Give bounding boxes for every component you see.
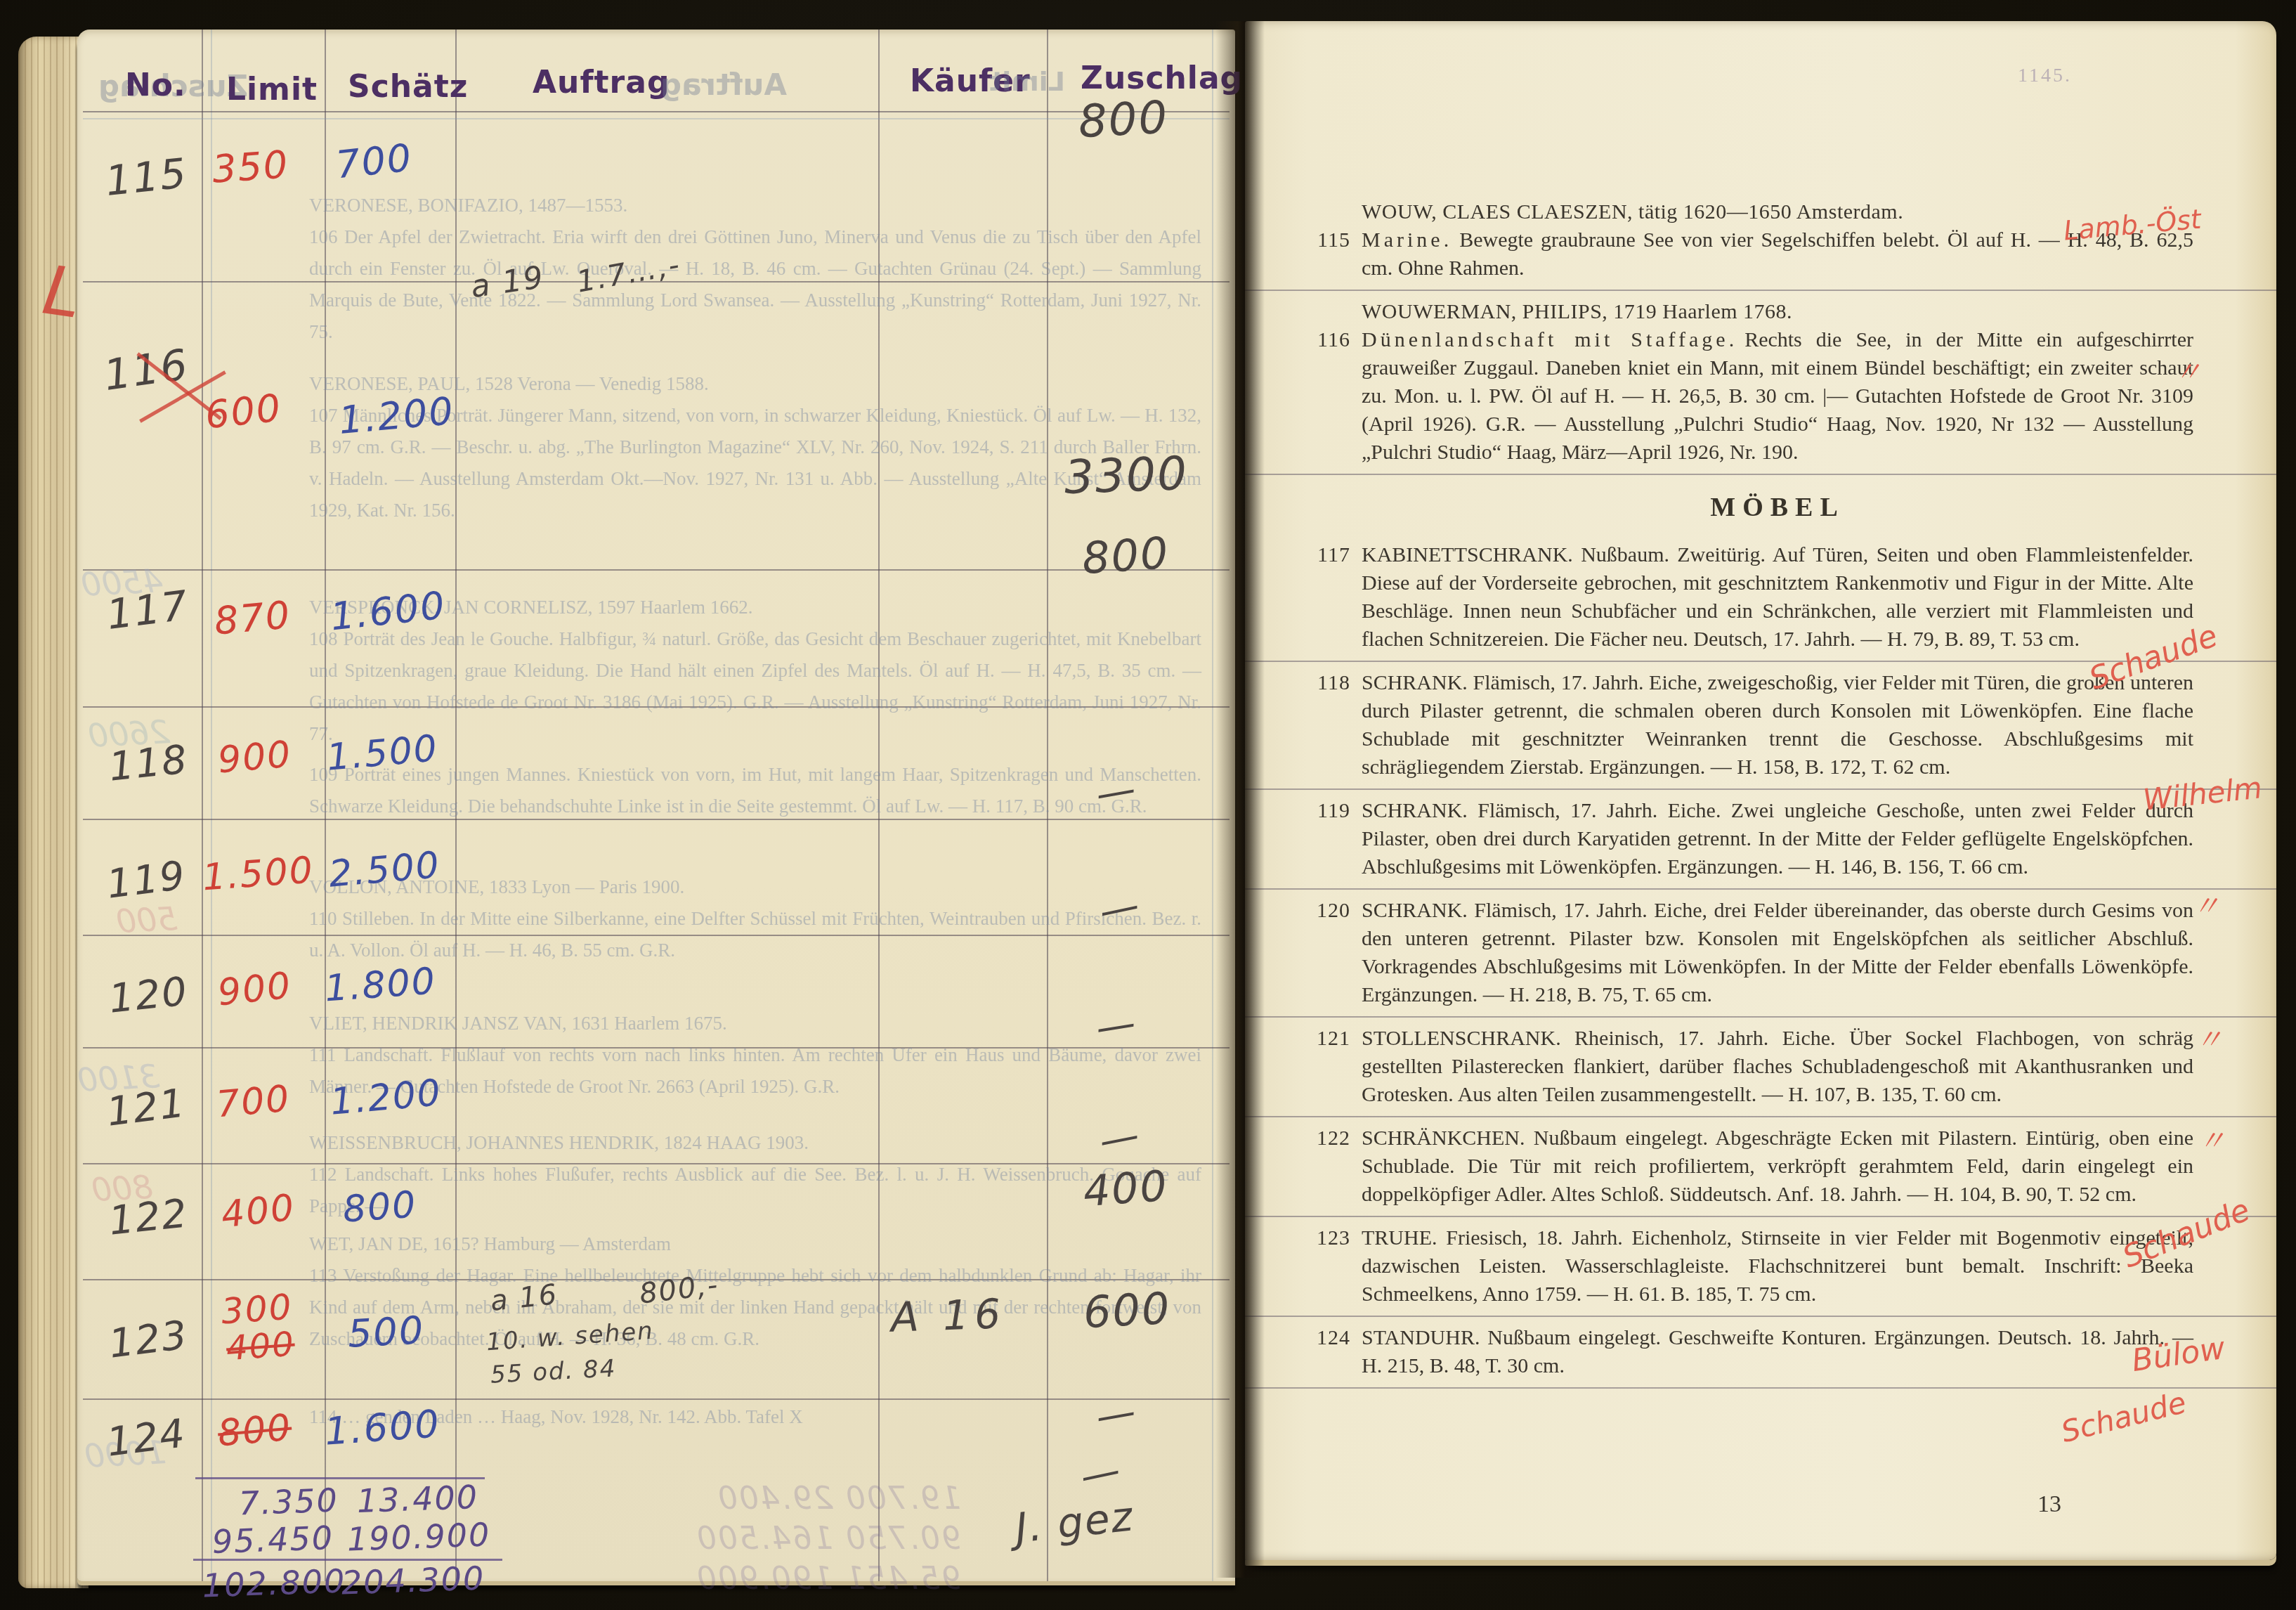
limit-119: 1.500 xyxy=(201,850,315,900)
ledger-vline-faint xyxy=(1212,30,1213,1581)
zuschlag-121-dash: — xyxy=(1095,1112,1144,1164)
totals-limit-sum: 102.800 xyxy=(202,1562,346,1604)
catalog-entry-120: 120 SCHRANK. Flämisch, 17. Jahrh. Eiche,… xyxy=(1298,897,2193,1009)
column-header-no: No. xyxy=(125,67,186,103)
catalog-lot-number: 123 xyxy=(1298,1224,1350,1252)
zuschlag-122: 400 xyxy=(1082,1162,1170,1216)
margin-annotation-120: 〃 xyxy=(2195,1018,2223,1058)
catalog-lot-number: 115 xyxy=(1298,226,1350,254)
limit-116: 600 xyxy=(203,385,284,437)
lot-no-117: 117 xyxy=(104,581,191,639)
column-header-auftrag: Auftrag xyxy=(533,65,670,100)
ledger-hline xyxy=(83,569,1229,571)
zuschlag-123: 600 xyxy=(1082,1283,1172,1338)
schaetz-124: 1.600 xyxy=(323,1401,442,1453)
totals-schaetz-1: 13.400 xyxy=(356,1478,479,1520)
bleedthrough-text: VERONESE, BONIFAZIO, 1487—1553. 106 Der … xyxy=(309,190,1201,348)
lot-no-118: 118 xyxy=(107,736,190,790)
lot-no-123: 123 xyxy=(106,1312,190,1367)
limit-122: 400 xyxy=(219,1187,297,1237)
page-number: 13 xyxy=(2037,1491,2061,1518)
limit-120: 900 xyxy=(216,965,294,1015)
catalog-entry-115: 115 Marine.Bewegte graubraune See von vi… xyxy=(1298,226,2193,283)
margin-annotation-116: 〃 xyxy=(2174,350,2202,390)
totals-schaetz-2: 190.900 xyxy=(346,1515,491,1558)
catalog-entry-119: 119 SCHRANK. Flämisch, 17. Jahrh. Eiche.… xyxy=(1298,797,2193,881)
ledger-page: Zuschlag No. Limit Schätz Auftrag Auftra… xyxy=(77,30,1235,1581)
lot-no-116: 116 xyxy=(101,340,192,401)
zuschlag-extra-dash: — xyxy=(1076,1447,1126,1500)
lot-description: SCHRANK. Flämisch, 17. Jahrh. Eiche, dre… xyxy=(1362,897,2193,1009)
lot-description: TRUHE. Friesisch, 18. Jahrh. Eichenholz,… xyxy=(1362,1224,2193,1309)
ledger-hline xyxy=(83,111,1229,112)
margin-annotation-119: 〃 xyxy=(2192,884,2220,924)
column-header-limit: Limit xyxy=(226,72,318,108)
book-gutter xyxy=(1215,21,1265,1578)
schaetz-120: 1.800 xyxy=(323,961,438,1011)
zuschlag-124-dash: — xyxy=(1092,1388,1140,1440)
bleedthrough-text: WEISSENBRUCH, JOHANNES HENDRIK, 1824 HAA… xyxy=(309,1127,1201,1222)
catalog-entry-116: 116 Dünenlandschaft mit Staffage.Rechts … xyxy=(1298,326,2193,467)
catalog-entry-121: 121 STOLLENSCHRANK. Rheinisch, 17. Jahrh… xyxy=(1298,1025,2193,1109)
entry-separator xyxy=(1245,1387,2276,1389)
lot-title: Marine. xyxy=(1362,228,1452,252)
zuschlag-120-dash: — xyxy=(1092,1000,1140,1051)
catalog-entry-124: 124 STANDUHR. Nußbaum eingelegt. Geschwe… xyxy=(1298,1324,2193,1380)
bleedthrough-text: WET, JAN DE, 1615? Hamburg — Amsterdam 1… xyxy=(309,1228,1201,1355)
catalog-content: WOUW, CLAES CLAESZEN, tätig 1620—1650 Am… xyxy=(1298,198,2193,1396)
entry-separator xyxy=(1245,474,2276,475)
limit-118: 900 xyxy=(216,734,294,782)
catalog-page: 1145. WOUW, CLAES CLAESZEN, tätig 1620—1… xyxy=(1245,21,2276,1560)
catalog-lot-number: 117 xyxy=(1298,541,1350,569)
catalog-lot-number: 116 xyxy=(1298,326,1350,354)
zuschlag-116: 3300 xyxy=(1064,446,1189,505)
ledger-hline xyxy=(83,1398,1229,1400)
ledger-vline-faint xyxy=(211,30,212,1581)
catalog-lot-number: 121 xyxy=(1298,1025,1350,1053)
lot-no-119: 119 xyxy=(104,852,188,907)
entry-separator xyxy=(1245,888,2276,890)
corner-pencil-note: 1145. xyxy=(2018,65,2072,87)
limit-117: 870 xyxy=(212,592,292,643)
auftrag-note-123d: 55 od. 84 xyxy=(490,1354,617,1389)
entry-separator xyxy=(1245,1016,2276,1018)
schaetz-115: 700 xyxy=(334,135,415,187)
catalog-lot-number: 120 xyxy=(1298,897,1350,925)
entry-separator xyxy=(1245,1216,2276,1217)
lot-title: Dünenlandschaft mit Staffage. xyxy=(1362,328,1737,351)
limit-123-crossed: 400 xyxy=(225,1325,296,1369)
entry-separator xyxy=(1245,788,2276,790)
zuschlag-118-dash: — xyxy=(1092,765,1140,817)
catalog-lot-number: 124 xyxy=(1298,1324,1350,1352)
bleedthrough-text: 109 Porträt eines jungen Mannes. Kniestü… xyxy=(309,759,1201,822)
catalog-entry-117: 117 KABINETTSCHRANK. Nußbaum. Zweitürig.… xyxy=(1298,541,2193,654)
zuschlag-117: 800 xyxy=(1081,527,1171,584)
schaetz-122: 800 xyxy=(341,1183,418,1231)
entry-separator xyxy=(1245,290,2276,291)
ghost-header-auftrag: Auftrag xyxy=(660,67,787,102)
bleedthrough-text: VOLLON, ANTOINE, 1833 Lyon — Paris 1900.… xyxy=(309,871,1201,966)
totals-limit-2: 95.450 xyxy=(211,1519,334,1561)
schaetz-123: 500 xyxy=(346,1308,425,1356)
ghost-header-limit: Limit xyxy=(989,66,1065,97)
lot-description: SCHRÄNKCHEN. Nußbaum eingelegt. Abgeschr… xyxy=(1362,1124,2193,1209)
lot-description: SCHRANK. Flämisch, 17. Jahrh. Eiche, zwe… xyxy=(1362,669,2193,781)
lot-no-124: 124 xyxy=(104,1410,188,1465)
catalog-entry-123: 123 TRUHE. Friesisch, 18. Jahrh. Eichenh… xyxy=(1298,1224,2193,1309)
bleedthrough-text: 114 … genden Laden … Haag, Nov. 1928, Nr… xyxy=(309,1401,1201,1433)
entry-separator xyxy=(1245,1316,2276,1317)
totals-schaetz-sum: 204.300 xyxy=(341,1559,485,1602)
lot-description: SCHRANK. Flämisch, 17. Jahrh. Eiche. Zwe… xyxy=(1362,797,2193,881)
entry-separator xyxy=(1245,1116,2276,1117)
lot-no-122: 122 xyxy=(107,1190,190,1244)
margin-annotation-121: 〃 xyxy=(2198,1119,2226,1159)
section-title: MÖBEL xyxy=(1362,493,2193,521)
lot-no-121: 121 xyxy=(104,1080,188,1135)
catalog-entry-122: 122 SCHRÄNKCHEN. Nußbaum eingelegt. Abge… xyxy=(1298,1124,2193,1209)
artist-header-wouwerman: WOUWERMAN, PHILIPS, 1719 Haarlem 1768. xyxy=(1362,298,2193,326)
ghost-totals: 19.700 29.400 90.750 164.500 95.451 190.… xyxy=(696,1479,961,1599)
kaeufer-123: A 16 xyxy=(890,1290,1007,1342)
totals-limit-1: 7.350 xyxy=(238,1481,339,1523)
zuschlag-115: 800 xyxy=(1077,92,1170,149)
lot-description: KABINETTSCHRANK. Nußbaum. Zweitürig. Auf… xyxy=(1362,541,2193,654)
signature: J. gez xyxy=(1013,1492,1136,1552)
scanned-book-spread: { "left_page": { "headers": {"no":"No.",… xyxy=(0,0,2296,1610)
ledger-hline-faint xyxy=(83,118,1229,119)
schaetz-121: 1.200 xyxy=(329,1072,443,1124)
catalog-lot-number: 122 xyxy=(1298,1124,1350,1153)
catalog-lot-number: 119 xyxy=(1298,797,1350,825)
column-header-schaetz: Schätz xyxy=(348,69,468,105)
catalog-lot-number: 118 xyxy=(1298,669,1350,697)
limit-115: 350 xyxy=(211,142,290,191)
catalog-entry-118: 118 SCHRANK. Flämisch, 17. Jahrh. Eiche,… xyxy=(1298,669,2193,781)
lot-description: STOLLENSCHRANK. Rheinisch, 17. Jahrh. Ei… xyxy=(1362,1025,2193,1109)
ledger-vline xyxy=(202,30,203,1581)
limit-124: 800 xyxy=(216,1407,294,1455)
lot-description: STANDUHR. Nußbaum eingelegt. Geschweifte… xyxy=(1362,1324,2193,1380)
catalog-lot-text: Dünenlandschaft mit Staffage.Rechts die … xyxy=(1362,326,2193,467)
lot-no-120: 120 xyxy=(107,968,190,1022)
lot-no-115: 115 xyxy=(103,149,190,205)
limit-121: 700 xyxy=(215,1078,292,1127)
bleedthrough-text: VLIET, HENDRIK JANSZ VAN, 1631 Haarlem 1… xyxy=(309,1008,1201,1103)
